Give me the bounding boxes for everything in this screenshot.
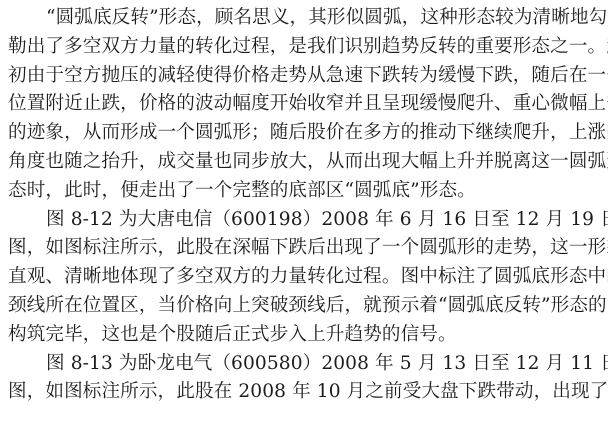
text-line: 位置附近止跌，价格的波动幅度开始收窄并且呈现缓慢爬升、重心微幅上升 bbox=[8, 90, 602, 119]
text-line: 图 8-12 为大唐电信（600198）2008 年 6 月 16 日至 12 … bbox=[8, 206, 602, 235]
text-line: 角度也随之抬升，成交量也同步放大，从而出现大幅上升并脱离这一圆弧形 bbox=[8, 148, 602, 177]
paragraph-figure-8-13: 图 8-13 为卧龙电气（600580）2008 年 5 月 13 日至 12 … bbox=[8, 350, 602, 408]
text-line: 颈线所在位置区，当价格向上突破颈线后，就预示着“圆弧底反转”形态的 bbox=[8, 292, 602, 321]
text-line: 构筑完毕，这也是个股随后正式步入上升趋势的信号。 bbox=[8, 321, 602, 350]
text-line: 态时，此时，便走出了一个完整的底部区“圆弧底”形态。 bbox=[8, 177, 602, 206]
text-line: 的迹象，从而形成一个圆弧形；随后股价在多方的推动下继续爬升，上涨的 bbox=[8, 119, 602, 148]
book-page: “圆弧底反转”形态，顾名思义，其形似圆弧，这种形态较为清晰地勾 勒出了多空双方力… bbox=[0, 0, 608, 435]
text-line: 图，如图标注所示，此股在深幅下跌后出现了一个圆弧形的走势，这一形态 bbox=[8, 234, 602, 263]
text-line: “圆弧底反转”形态，顾名思义，其形似圆弧，这种形态较为清晰地勾 bbox=[8, 4, 602, 33]
text-line: 初由于空方抛压的减轻使得价格走势从急速下跌转为缓慢下跌，随后在一个 bbox=[8, 62, 602, 91]
text-line: 直观、清晰地体现了多空双方的力量转化过程。图中标注了圆弧底形态中的 bbox=[8, 263, 602, 292]
text-line: 勒出了多空双方力量的转化过程，是我们识别趋势反转的重要形态之一。起 bbox=[8, 33, 602, 62]
paragraph-figure-8-12: 图 8-12 为大唐电信（600198）2008 年 6 月 16 日至 12 … bbox=[8, 206, 602, 350]
text-line: 图，如图标注所示，此股在 2008 年 10 月之前受大盘下跌带动，出现了深幅 bbox=[8, 378, 602, 407]
paragraph-rounding-bottom-definition: “圆弧底反转”形态，顾名思义，其形似圆弧，这种形态较为清晰地勾 勒出了多空双方力… bbox=[8, 4, 602, 206]
text-line: 图 8-13 为卧龙电气（600580）2008 年 5 月 13 日至 12 … bbox=[8, 350, 602, 379]
